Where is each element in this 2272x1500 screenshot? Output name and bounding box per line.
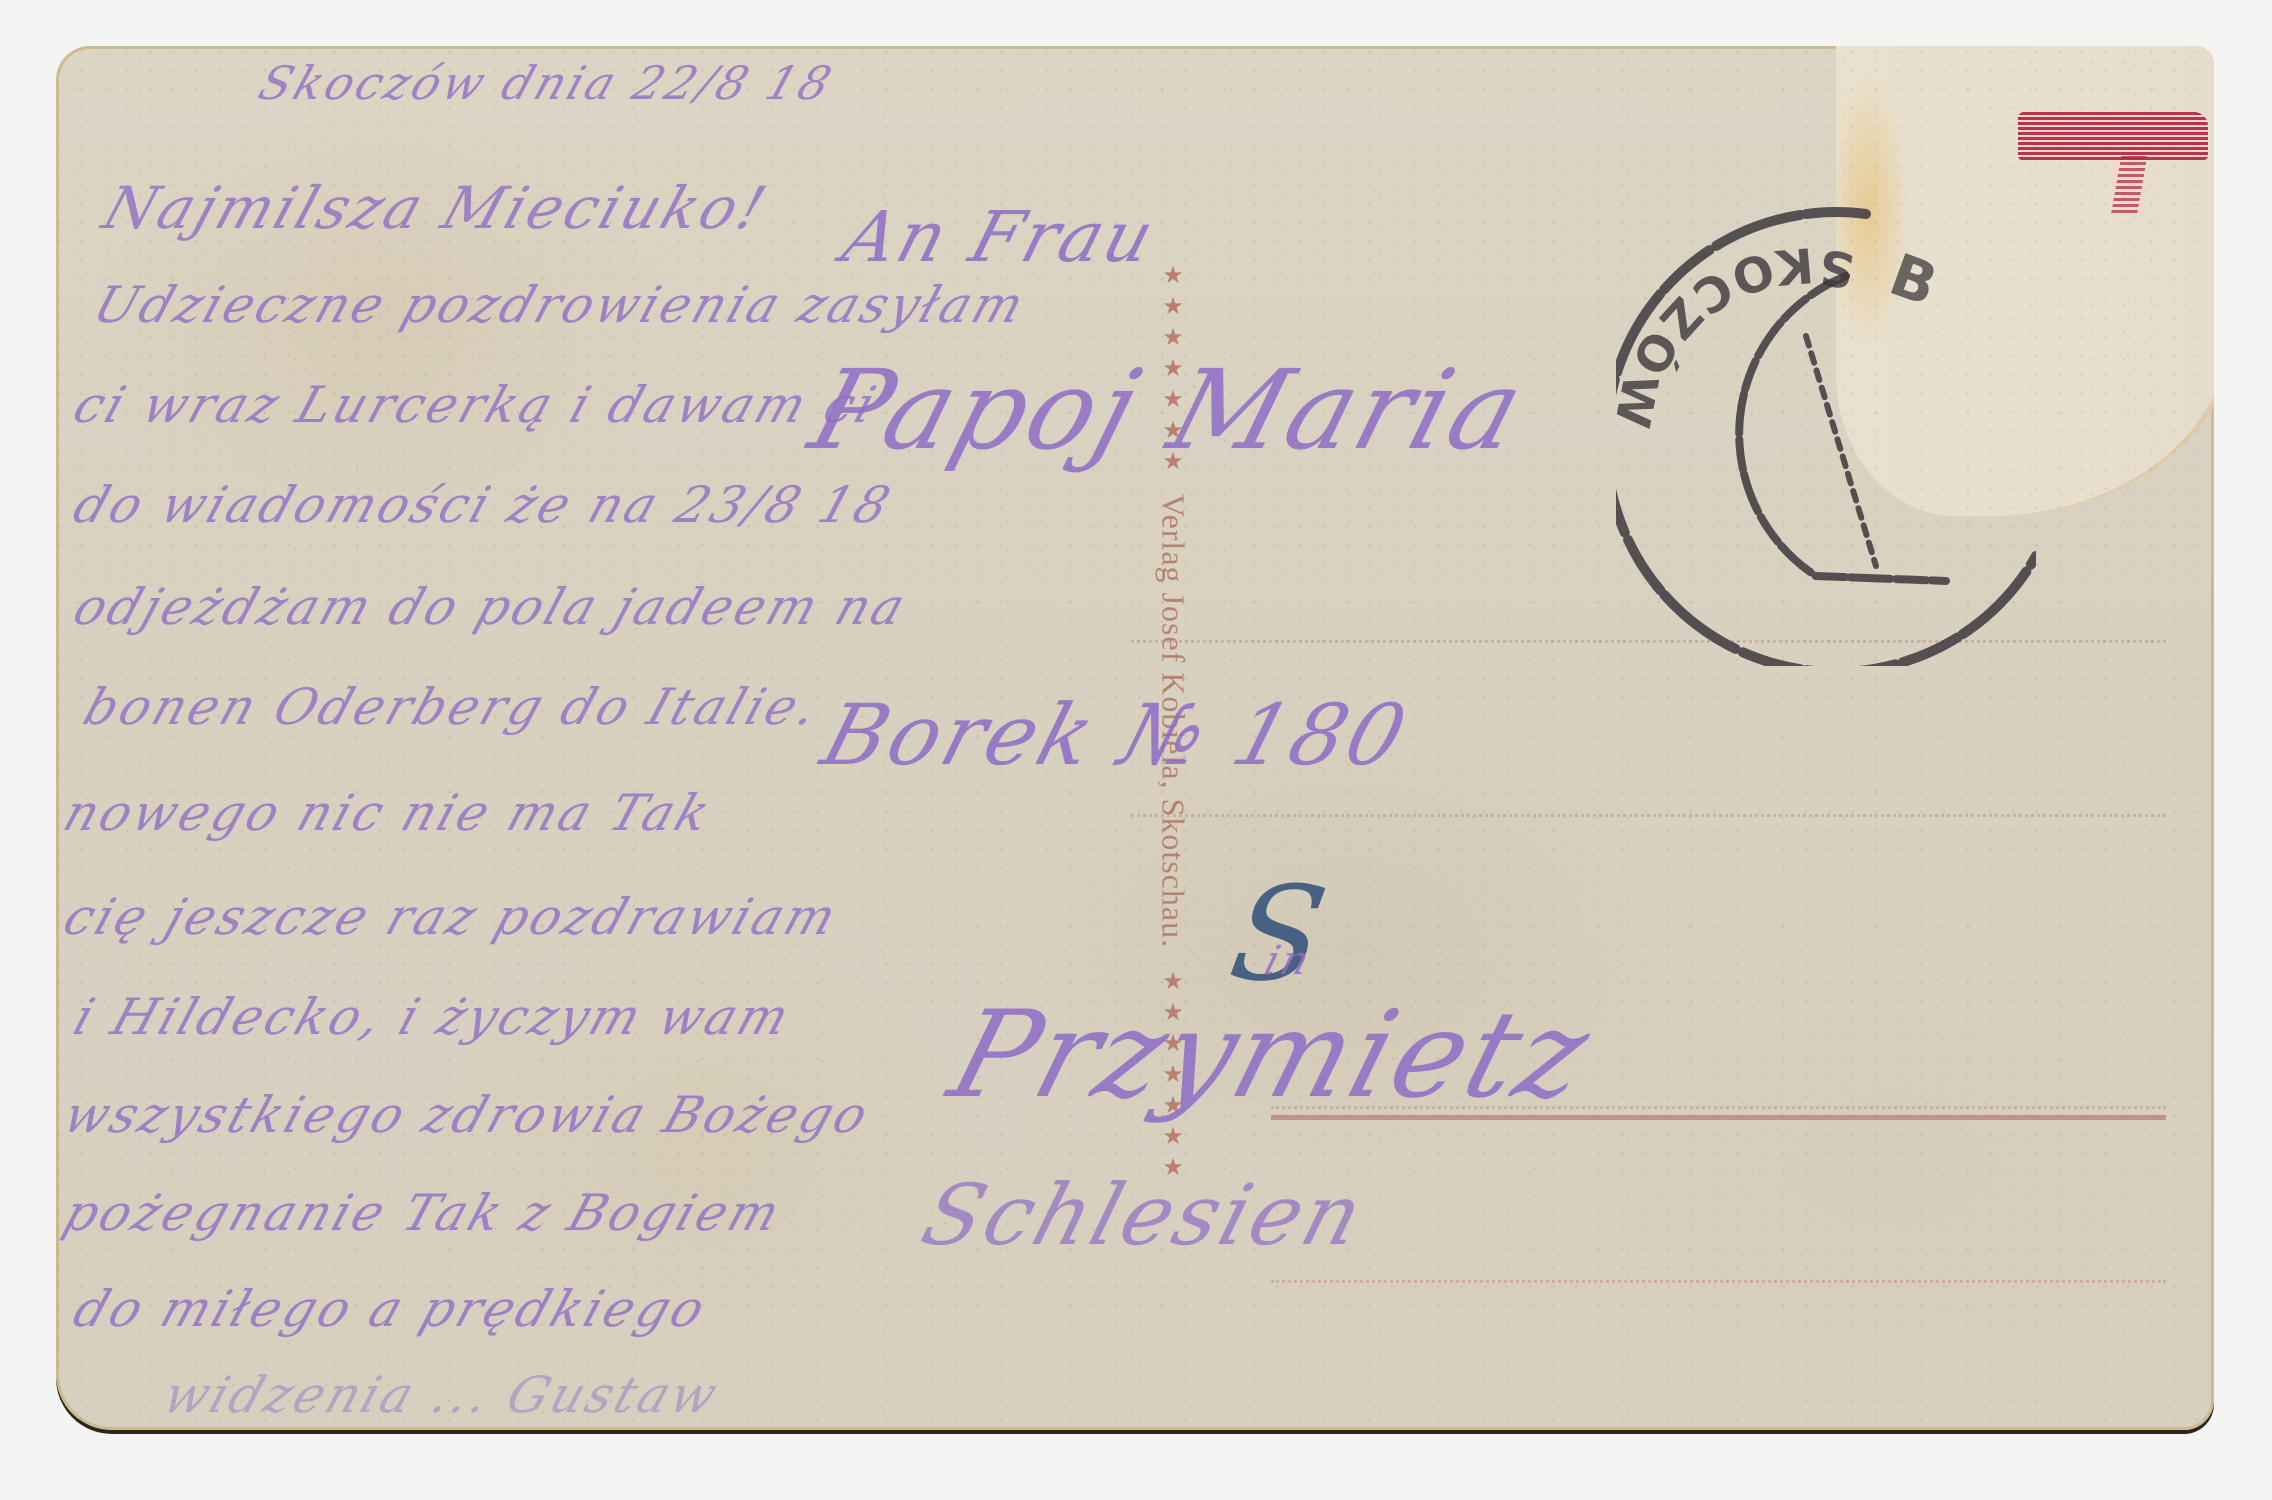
star-icon: ★ [1162,295,1184,317]
address-rule-2 [1131,814,2166,817]
message-line: cię jeszcze raz pozdrawiam [57,888,846,946]
postcard-back: Skoczów dnia 22/8 18 Najmilsza Mieciuko!… [56,46,2214,1430]
message-line: pożegnanie Tak z Bogiem [57,1184,790,1242]
address-region: Schlesien [912,1166,1376,1264]
address-street: Borek № 180 [812,686,1419,784]
star-icon: ★ [1162,264,1184,286]
message-line: do wiadomości że na 23/8 18 [67,476,900,534]
message-greeting: Najmilsza Mieciuko! [95,174,777,242]
message-line: nowego nic nie ma Tak [57,784,720,842]
address-salutation: An Frau [834,196,1165,278]
message-line: bonen Oderberg do Italie. [77,678,828,736]
message-line: widzenia ... Gustaw [157,1366,728,1424]
message-line: i Hildecko, i życzym wam [67,988,800,1046]
postmark-cancel: SKOCZÓW B [1616,196,2036,666]
message-line: do miłego a prędkiego [67,1280,715,1338]
address-rule-4 [1271,1280,2166,1283]
star-icon: ★ [1162,326,1184,348]
postmark-top-text: B [1881,240,1946,319]
address-town: Przymietz [936,986,1607,1125]
message-line: odjeżdżam do pola jadeem na [67,578,915,636]
star-icon: ★ [1162,1125,1184,1147]
message-date-line: Skoczów dnia 22/8 18 [252,56,841,110]
stamp-remnant [2018,112,2208,160]
postmark-icon: SKOCZÓW B [1616,196,2036,666]
message-line: ci wraz Lurcerką i dawam ci [67,376,886,434]
address-name: Papoj Maria [798,346,1540,474]
message-line: Udzieczne pozdrowienia zasyłam [87,276,1034,334]
message-line: wszystkiego zdrowia Bożego [57,1086,878,1144]
